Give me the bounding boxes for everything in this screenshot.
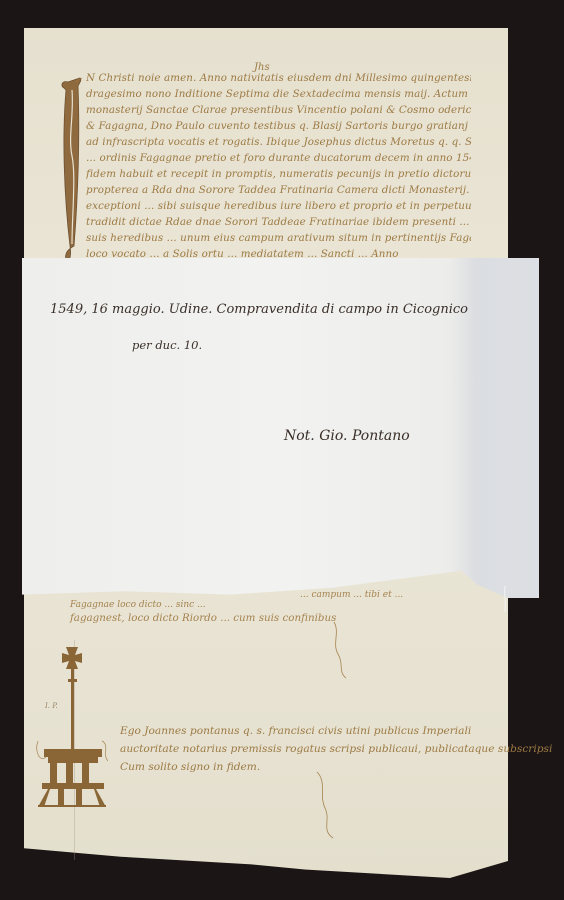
flourish-stroke-icon (315, 770, 335, 840)
notary-sign-tower-cross-icon (36, 645, 108, 807)
illuminated-initial-i-icon (58, 76, 82, 266)
flourish-stroke-icon (330, 620, 350, 680)
parchment-text-line: ad infrascripta vocatis et rogatis. Ibiq… (86, 136, 471, 148)
parchment-fragment-line: Fagagnae loco dicto ... sinc ... (70, 600, 206, 610)
notary-subscription-line: auctoritate notarius premissis rogatus s… (120, 743, 552, 755)
notary-subscription-line: Cum solito signo in fidem. (120, 761, 260, 773)
archival-paper-slip: 1549, 16 maggio. Udine. Compravendita di… (22, 258, 539, 598)
parchment-text-line: N Christi noie amen. Anno nativitatis ei… (86, 72, 471, 84)
notary-subscription-line: Ego Joannes pontanus q. s. francisci civ… (120, 725, 471, 737)
parchment-text-line: fidem habuit et recepit in promptis, num… (86, 168, 471, 180)
parchment-text-line: exceptioni ... sibi suisque heredibus iu… (86, 200, 471, 212)
loose-thread-icon (504, 586, 506, 612)
notary-mark-initials: I. P. (45, 702, 58, 710)
parchment-text-line: propterea a Rda dna Sorore Taddea Fratin… (86, 184, 471, 196)
parchment-text-line: suis heredibus ... unum eius campum arat… (86, 232, 471, 244)
parchment-text-line: ... ordinis Fagagnae pretio et foro dura… (86, 152, 471, 164)
parchment-fragment-line: ... campum ... tibi et ... (300, 590, 403, 600)
slip-summary-line: 1549, 16 maggio. Udine. Compravendita di… (50, 302, 468, 317)
slip-price-line: per duc. 10. (132, 338, 202, 352)
parchment-fragment-line: fagagnest, loco dicto Riordo ... cum sui… (70, 612, 336, 624)
parchment-text-line: tradidit dictae Rdae dnae Sorori Taddeae… (86, 216, 471, 228)
slip-signature: Not. Gio. Pontano (284, 428, 410, 444)
parchment-text-line: monasterij Sanctae Clarae presentibus Vi… (86, 104, 471, 116)
parchment-text-line: & Fagagna, Dno Paulo cuvento testibus q.… (86, 120, 471, 132)
parchment-text-line: dragesimo nono Inditione Septima die Sex… (86, 88, 471, 100)
